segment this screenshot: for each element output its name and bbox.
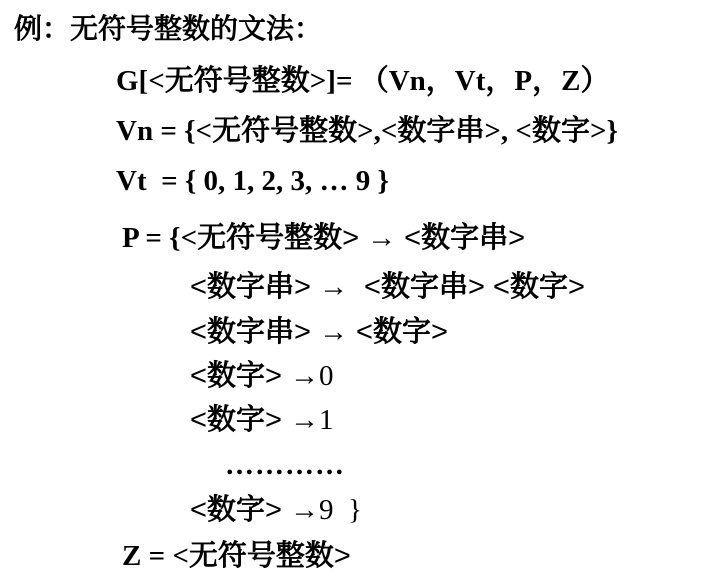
arrow: > → [265,360,319,392]
nonterminal: 数字串 [397,113,484,147]
nonterminal: 数字 [207,492,265,526]
nonterminal: 无符号整数 [212,113,357,147]
nonterminal: 数字串 [381,269,468,303]
text: > [568,271,585,303]
production-2: <数字串> → <数字> [190,314,448,349]
nonterminal: 无符号整数 [197,220,342,254]
nonterminal: 数字串 [207,314,294,348]
nonterminal: 数字 [532,113,590,147]
example-title: 例：无符号整数的文法： [14,12,322,46]
terminal: 0 [319,360,334,392]
nonterminal: 数字 [373,314,431,348]
arrow: > → < [294,271,381,303]
text: P = {< [122,222,197,254]
text: G[< [116,65,165,97]
text: >, < [484,115,532,147]
grammar-definition-line: G[<无符号整数>]= （Vn，Vt，P，Z） [116,63,609,98]
terminal: 9 [319,494,334,526]
vn-line: Vn = {<无符号整数>,<数字串>, <数字>} [116,113,618,148]
vt-line: Vt = { 0, 1, 2, 3, … 9 } [116,164,389,198]
arrow: > → [265,404,319,436]
text: >,< [357,115,397,147]
text: > [334,540,351,572]
nonterminal: 无符号整数 [189,538,334,572]
p-header-line: P = {<无符号整数> → <数字串> [122,220,525,255]
closing-brace: } [333,494,361,526]
arrow: > → < [342,222,421,254]
nonterminal: 数字 [207,402,265,436]
production-5: <数字> →9 } [190,492,362,527]
ellipsis: ………… [225,448,345,482]
text: > < [468,271,510,303]
text: Z = < [122,540,189,572]
production-1: <数字串> → <数字串> <数字> [190,269,585,304]
terminal: 1 [319,404,334,436]
text: >]= （Vn，Vt，P，Z） [310,65,610,97]
nonterminal: 数字串 [421,220,508,254]
nonterminal: 无符号整数 [165,63,310,97]
production-3: <数字> →0 [190,358,333,393]
arrow: > → < [294,316,373,348]
text: >} [590,115,618,147]
z-line: Z = <无符号整数> [122,538,351,573]
production-4: <数字> →1 [190,402,333,437]
nonterminal: 数字串 [207,269,294,303]
text: > [508,222,525,254]
nonterminal: 数字 [207,358,265,392]
nonterminal: 数字 [510,269,568,303]
text: > [431,316,448,348]
arrow: > → [265,494,319,526]
text: Vn = {< [116,115,212,147]
